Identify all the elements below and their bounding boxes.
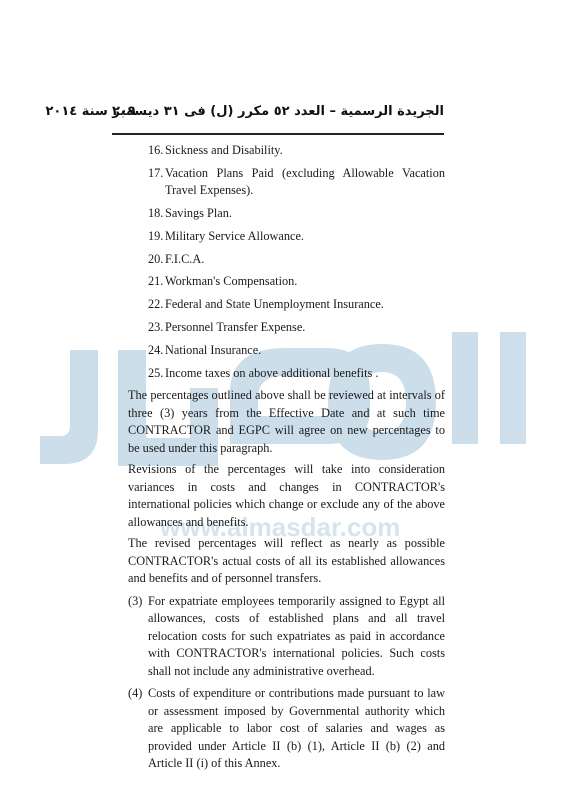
list-item: 16.Sickness and Disability.	[148, 142, 445, 160]
list-item: 18.Savings Plan.	[148, 205, 445, 223]
clause-4-governmental-costs: (4) Costs of expenditure or contribution…	[128, 685, 445, 773]
gazette-header-title: الجريدة الرسمية – العدد ٥٢ مكرر (ل) فى ٣…	[45, 104, 444, 119]
list-item: 17.Vacation Plans Paid (excluding Allowa…	[148, 165, 445, 200]
list-item: 19.Military Service Allowance.	[148, 228, 445, 246]
paragraph-review-intervals: The percentages outlined above shall be …	[128, 387, 445, 457]
list-item: 20.F.I.C.A.	[148, 251, 445, 269]
paragraph-revised-percentages: The revised percentages will reflect as …	[128, 535, 445, 588]
document-body: 16.Sickness and Disability. 17.Vacation …	[128, 142, 445, 778]
benefits-list: 16.Sickness and Disability. 17.Vacation …	[128, 142, 445, 382]
list-item: 25. Income taxes on above additional ben…	[148, 365, 445, 383]
clause-3-expatriate-costs: (3) For expatriate employees temporarily…	[128, 593, 445, 681]
list-item: 23.Personnel Transfer Expense.	[148, 319, 445, 337]
list-item: 24.National Insurance.	[148, 342, 445, 360]
page-number: ٢٠٩	[112, 104, 136, 119]
running-header: الجريدة الرسمية – العدد ٥٢ مكرر (ل) فى ٣…	[112, 104, 444, 128]
paragraph-revisions: Revisions of the percentages will take i…	[128, 461, 445, 531]
list-item: 22.Federal and State Unemployment Insura…	[148, 296, 445, 314]
document-page: www.almasdar.com الجريدة الرسمية – العدد…	[0, 0, 565, 800]
list-item: 21.Workman's Compensation.	[148, 273, 445, 291]
header-rule	[112, 133, 444, 135]
